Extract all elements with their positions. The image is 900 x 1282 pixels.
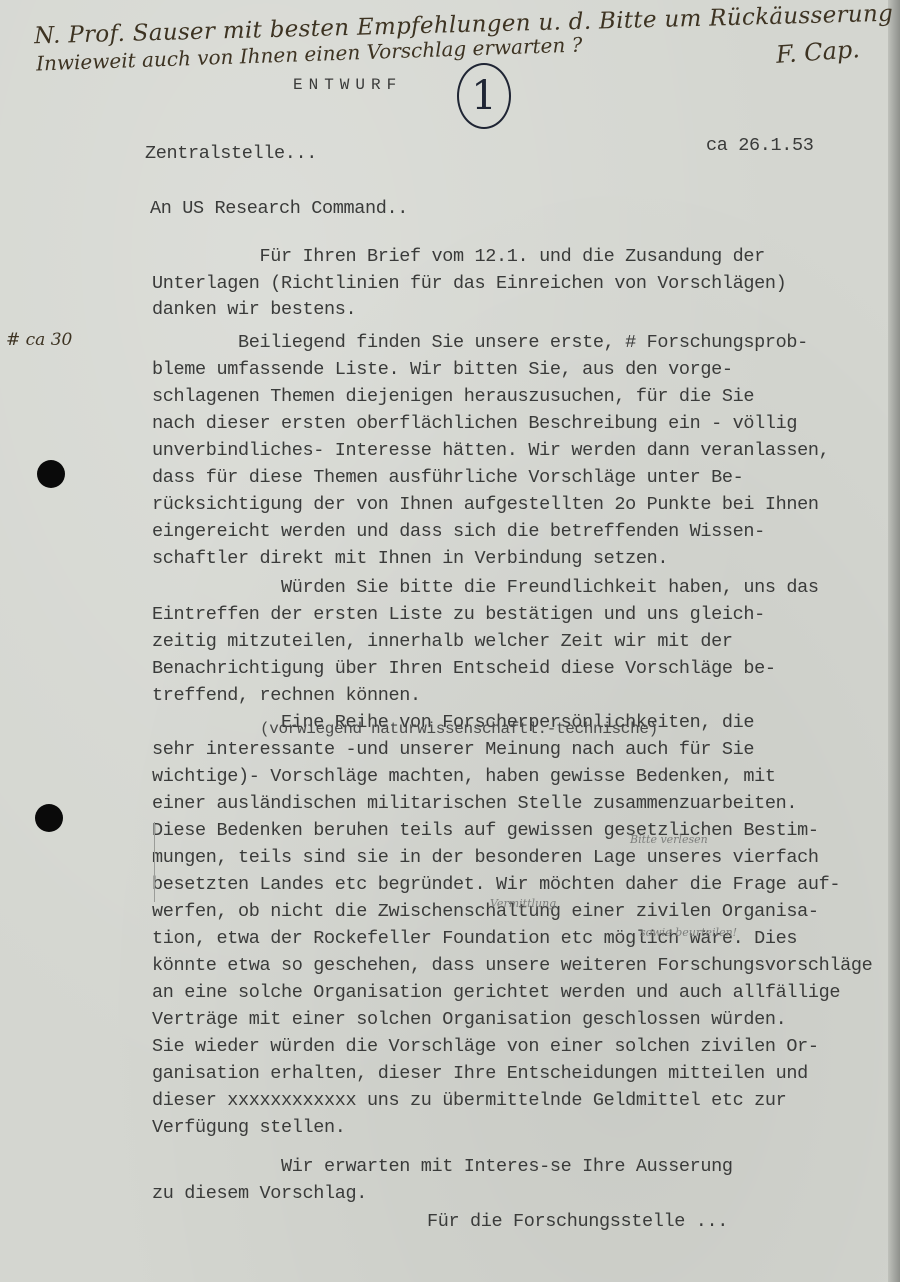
body-line: Würden Sie bitte die Freundlichkeit habe… xyxy=(152,577,819,598)
body-line: rücksichtigung der von Ihnen aufgestellt… xyxy=(152,494,819,515)
page-edge xyxy=(888,0,900,1282)
handwritten-signature: F. Cap. xyxy=(775,35,861,69)
body-line: sehr interessante -und unserer Meinung n… xyxy=(152,739,754,760)
body-line: treffend, rechnen können. xyxy=(152,685,421,706)
body-line: eingereicht werden und dass sich die bet… xyxy=(152,521,765,542)
body-line: zeitig mitzuteilen, innerhalb welcher Ze… xyxy=(152,631,733,652)
body-line: ganisation erhalten, dieser Ihre Entsche… xyxy=(152,1063,808,1084)
body-line: Sie wieder würden die Vorschläge von ein… xyxy=(152,1036,819,1057)
body-line: danken wir bestens. xyxy=(152,299,356,320)
pencil-annotation: sowie beurteilen! xyxy=(640,926,737,939)
body-line: unverbindliches- Interesse hätten. Wir w… xyxy=(152,440,829,461)
body-line: einer ausländischen militarischen Stelle… xyxy=(152,793,797,814)
body-line: nach dieser ersten oberflächlichen Besch… xyxy=(152,413,797,434)
body-line: besetzten Landes etc begründet. Wir möch… xyxy=(152,874,840,895)
punch-hole xyxy=(35,804,63,832)
date-line: ca 26.1.53 xyxy=(706,135,814,156)
body-line: Diese Bedenken beruhen teils auf gewisse… xyxy=(152,820,819,841)
body-line: Eintreffen der ersten Liste zu bestätige… xyxy=(152,604,765,625)
body-line: bleme umfassende Liste. Wir bitten Sie, … xyxy=(152,359,733,380)
body-line: mungen, teils sind sie in der besonderen… xyxy=(152,847,819,868)
pencil-annotation: Bitte verlesen xyxy=(630,833,708,846)
sender-line: Zentralstelle... xyxy=(145,143,317,164)
document-title: ENTWURF xyxy=(293,76,402,94)
closing-line: Für die Forschungsstelle ... xyxy=(427,1211,728,1232)
margin-note: # ca 30 xyxy=(6,330,72,350)
body-line: Wir erwarten mit Interes-se Ihre Ausseru… xyxy=(152,1156,733,1177)
body-line: wichtige)- Vorschläge machten, haben gew… xyxy=(152,766,776,787)
recipient-line: An US Research Command.. xyxy=(150,198,408,219)
body-line: dieser xxxxxxxxxxxx uns zu übermittelnde… xyxy=(152,1090,786,1111)
body-line: Beiliegend finden Sie unsere erste, # Fo… xyxy=(152,332,808,353)
circled-page-number: 1 xyxy=(457,63,511,129)
body-line: Für Ihren Brief vom 12.1. und die Zusand… xyxy=(152,246,765,267)
interlinear-insert: (vorwiegend naturwissenschaftl.-technisc… xyxy=(260,720,658,738)
margin-mark xyxy=(154,822,155,902)
punch-hole xyxy=(37,460,65,488)
body-line: Verfügung stellen. xyxy=(152,1117,346,1138)
body-line: könnte etwa so geschehen, dass unsere we… xyxy=(152,955,872,976)
body-line: Benachrichtigung über Ihren Entscheid di… xyxy=(152,658,776,679)
pencil-annotation: Vermittlung xyxy=(490,897,556,910)
body-line: dass für diese Themen ausführliche Vorsc… xyxy=(152,467,743,488)
body-line: schlagenen Themen diejenigen herauszusuc… xyxy=(152,386,754,407)
body-line: an eine solche Organisation gerichtet we… xyxy=(152,982,840,1003)
body-line: werfen, ob nicht die Zwischenschaltung e… xyxy=(152,901,819,922)
body-line: schaftler direkt mit Ihnen in Verbindung… xyxy=(152,548,668,569)
body-line: Verträge mit einer solchen Organisation … xyxy=(152,1009,786,1030)
body-line: zu diesem Vorschlag. xyxy=(152,1183,367,1204)
body-line: Unterlagen (Richtlinien für das Einreich… xyxy=(152,273,786,294)
